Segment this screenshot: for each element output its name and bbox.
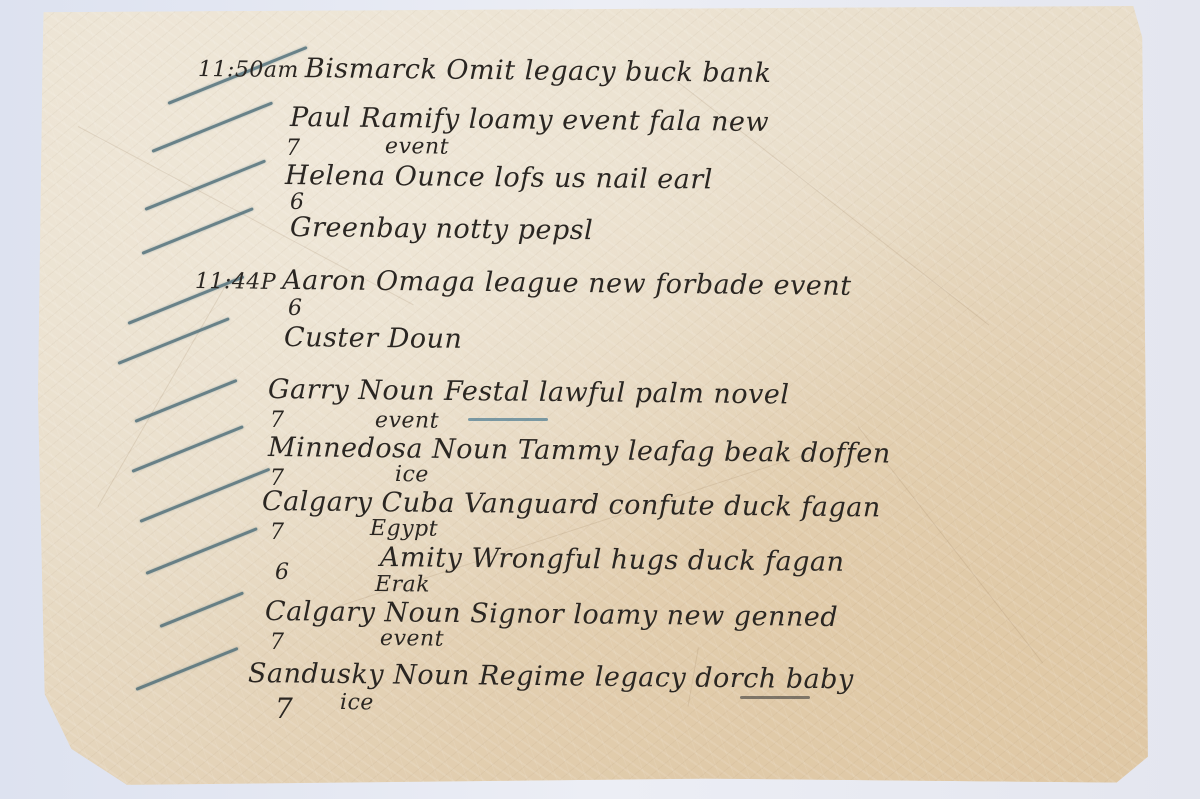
- entry-text: Bismarck Omit legacy buck bank: [305, 53, 772, 89]
- entry-subline: event: [385, 134, 449, 160]
- entry-text: Aaron Omaga league new forbade event: [282, 265, 852, 302]
- entry-text: Minnedosa Noun Tammy leafag beak doffen: [268, 432, 891, 470]
- note-entry: Paul Ramify loamy event fala new: [290, 102, 769, 138]
- entry-margin-number: 6: [288, 296, 302, 321]
- entry-subline: event: [375, 408, 439, 434]
- note-entry: Helena Ounce lofs us nail earl: [285, 160, 713, 195]
- entry-subline: ice: [395, 462, 429, 487]
- paper-crease: [98, 281, 229, 507]
- entry-text: Greenbay notty pepsl: [290, 212, 594, 246]
- entry-margin-number: 7: [270, 408, 284, 433]
- entry-text: Sandusky Noun Regime legacy dorch baby: [248, 658, 854, 695]
- entry-text: Calgary Noun Signor loamy new genned: [265, 596, 838, 633]
- note-entry: Custer Doun: [284, 322, 463, 355]
- note-entry: Calgary Cuba Vanguard confute duck fagan: [262, 486, 881, 523]
- note-entry: Sandusky Noun Regime legacy dorch baby: [248, 658, 854, 695]
- entry-text: Amity Wrongful hugs duck fagan: [380, 542, 845, 578]
- entry-subline: Erak: [375, 572, 430, 598]
- entry-margin-number: 6: [275, 560, 289, 585]
- note-entry: Calgary Noun Signor loamy new genned: [265, 596, 838, 633]
- entry-margin-number: 7: [286, 136, 300, 161]
- note-entry: Minnedosa Noun Tammy leafag beak doffen: [268, 432, 891, 470]
- entry-text: Helena Ounce lofs us nail earl: [285, 160, 713, 195]
- entry-time: 11:50am: [198, 57, 299, 83]
- note-entry: Amity Wrongful hugs duck fagan: [380, 542, 845, 578]
- entry-time: 11:44P: [195, 269, 276, 295]
- note-entry: Greenbay notty pepsl: [290, 212, 594, 246]
- entry-subline: Egypt: [370, 516, 438, 542]
- entry-text: Paul Ramify loamy event fala new: [290, 102, 769, 138]
- blue-underline: [468, 418, 548, 421]
- entry-text: Calgary Cuba Vanguard confute duck fagan: [262, 486, 881, 523]
- entry-margin-number: 7: [270, 520, 284, 545]
- entry-margin-number: 7: [275, 692, 293, 725]
- entry-subline: ice: [340, 690, 374, 715]
- note-entry: 11:50amBismarck Omit legacy buck bank: [198, 52, 772, 89]
- entry-text: Custer Doun: [284, 322, 463, 355]
- entry-margin-number: 7: [270, 630, 284, 655]
- entry-text: Garry Noun Festal lawful palm novel: [268, 374, 790, 410]
- ink-underline: [740, 696, 810, 699]
- entry-subline: event: [380, 626, 444, 652]
- note-entry: Garry Noun Festal lawful palm novel: [268, 374, 790, 410]
